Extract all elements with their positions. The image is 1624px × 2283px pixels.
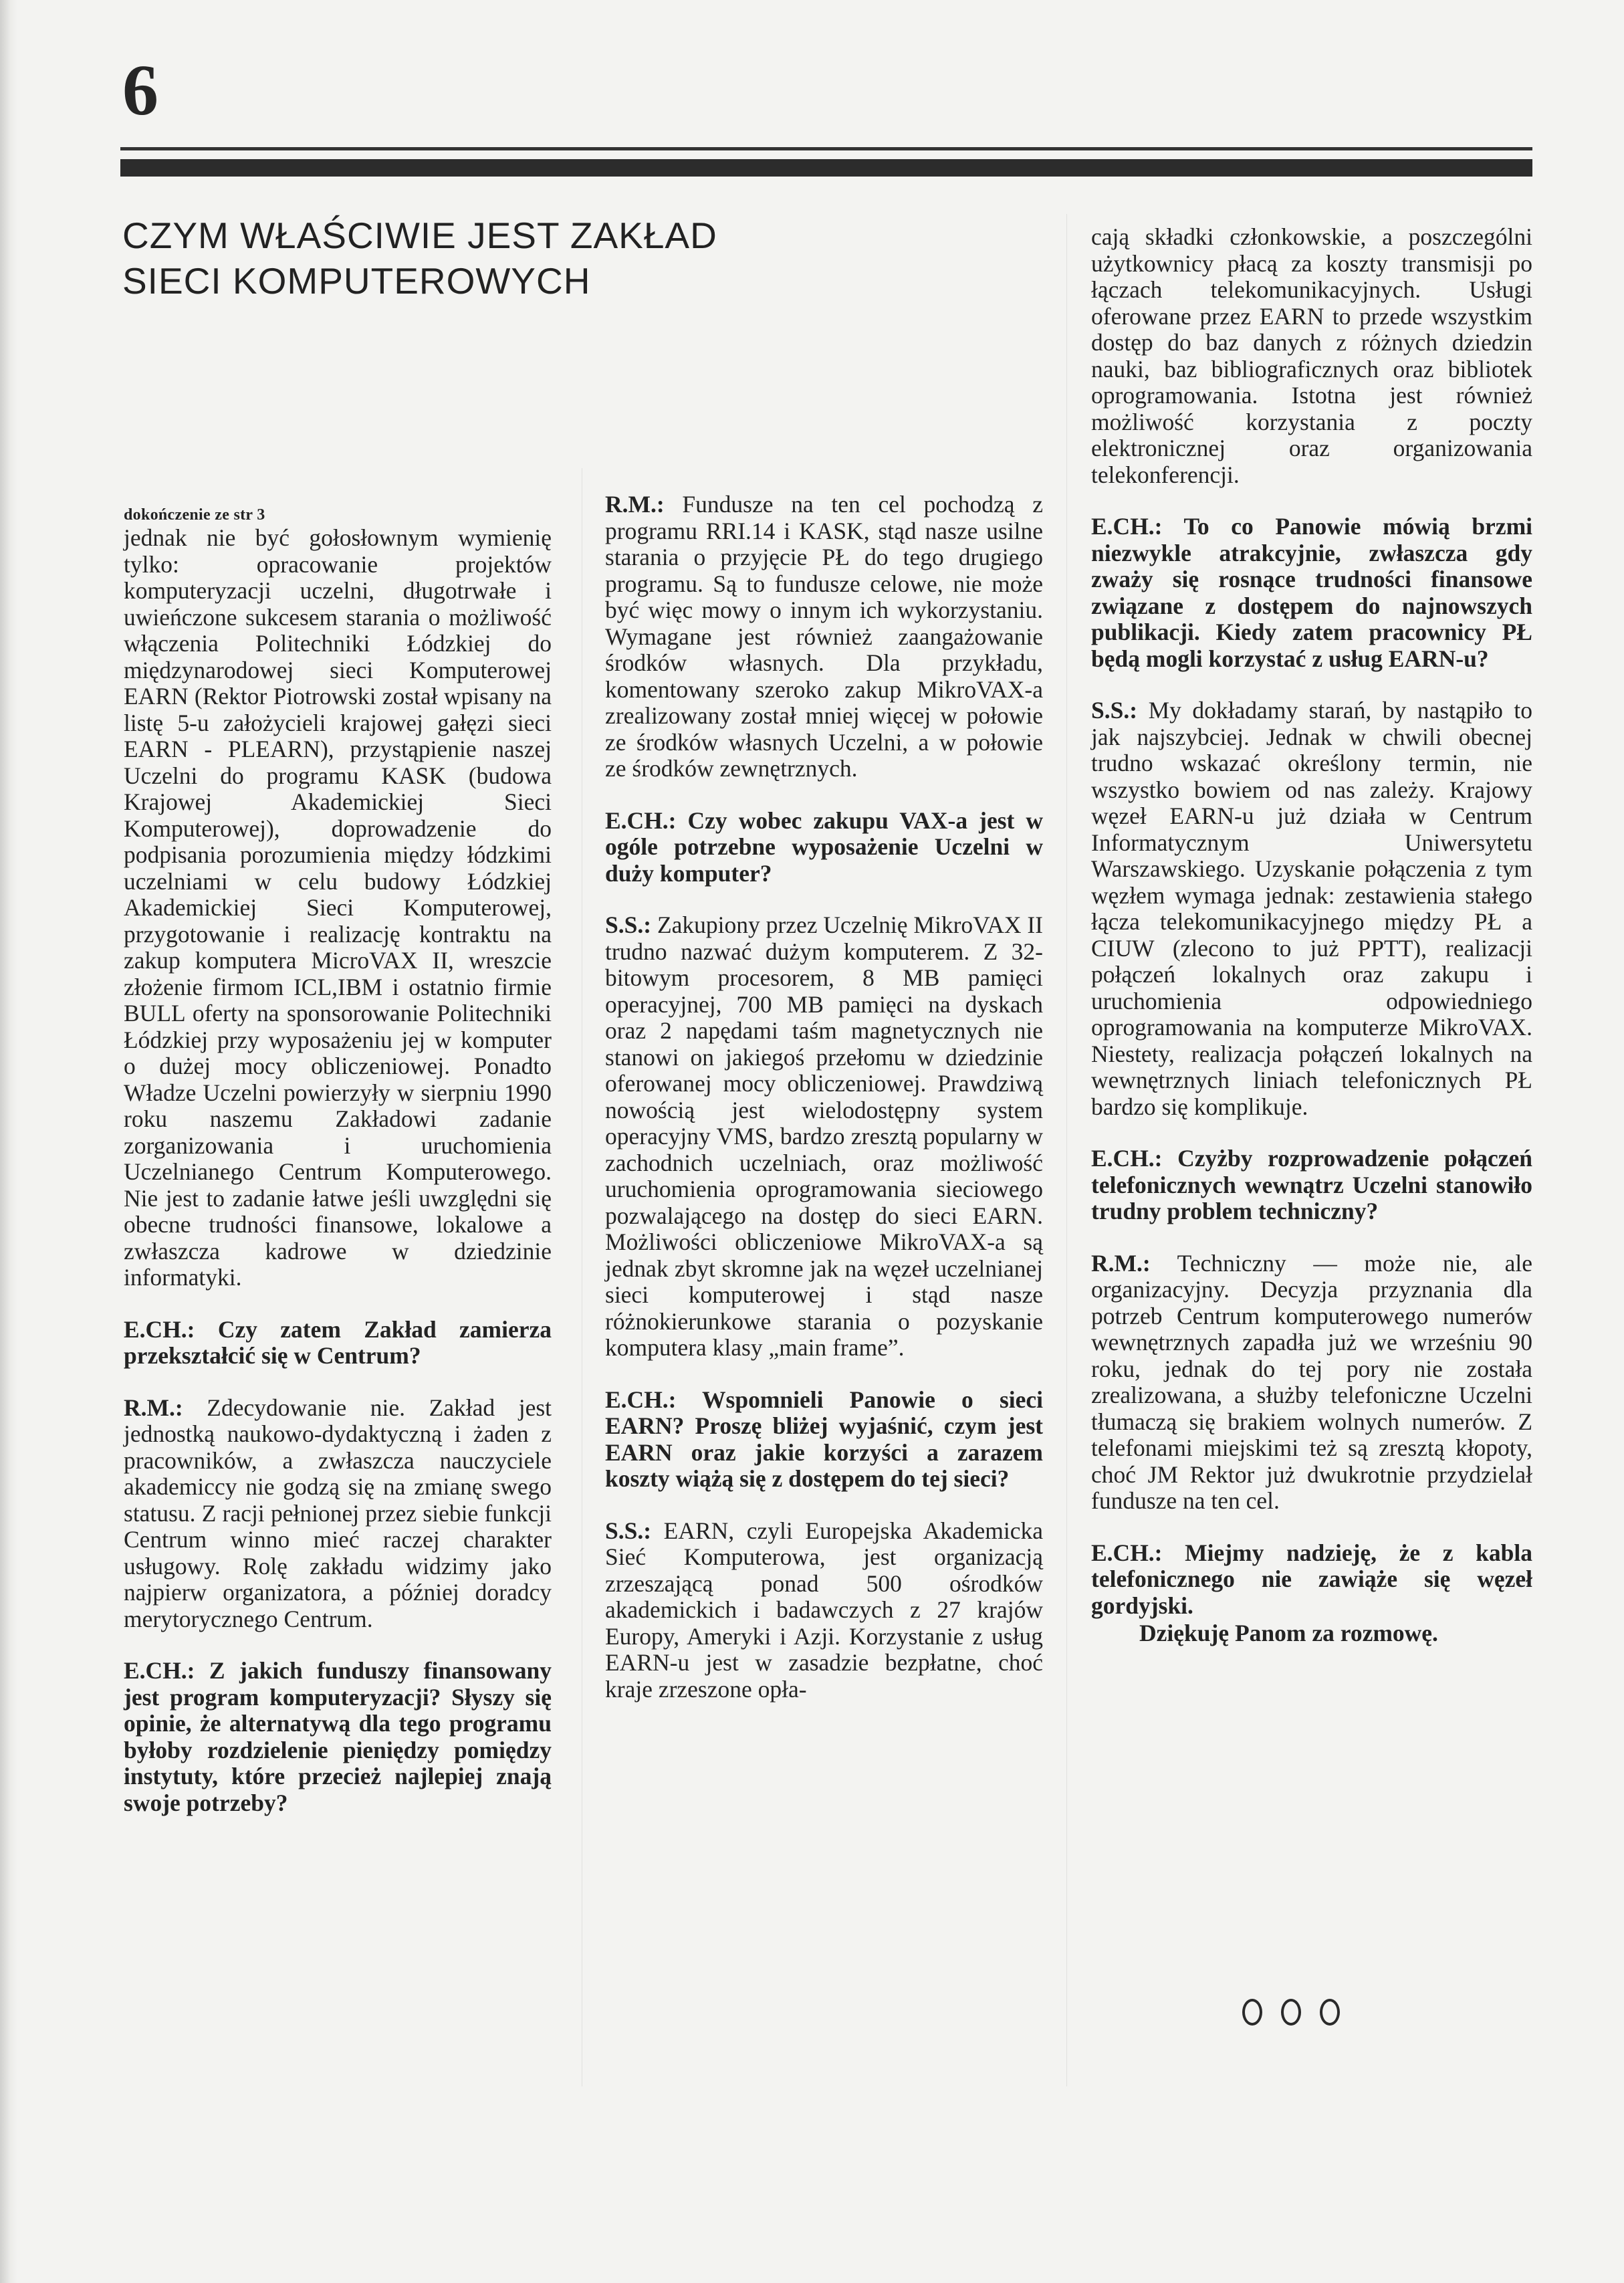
- interview-answer: R.M.: Fundusze na ten cel pochodzą z pro…: [605, 492, 1043, 782]
- header-rule-thin: [120, 147, 1532, 150]
- circle-icon: [1242, 1999, 1262, 2026]
- speaker-label: S.S.:: [1091, 697, 1137, 724]
- speaker-label: S.S.:: [605, 1517, 651, 1544]
- interview-question: E.CH.: Czy wobec zakupu VAX-a jest w ogó…: [605, 808, 1043, 887]
- continuation-note: dokończenie ze str 3: [124, 506, 552, 524]
- answer-text: Fundusze na ten cel pochodzą z programu …: [605, 491, 1043, 782]
- article-title-line-1: CZYM WŁAŚCIWIE JEST ZAKŁAD: [122, 215, 717, 256]
- speaker-label: E.CH.:: [124, 1657, 195, 1684]
- article-title: CZYM WŁAŚCIWIE JEST ZAKŁAD SIECI KOMPUTE…: [122, 213, 992, 304]
- interview-answer: S.S.: EARN, czyli Europejska Akademicka …: [605, 1518, 1043, 1703]
- interview-question: E.CH.: To co Panowie mówią brzmi niezwyk…: [1091, 514, 1532, 672]
- article-title-line-2: SIECI KOMPUTEROWYCH: [122, 260, 590, 302]
- body-paragraph: jednak nie być gołosłownym wymienię tylk…: [124, 525, 552, 1291]
- answer-text: Techniczny — może nie, ale organizacyjny…: [1091, 1250, 1532, 1515]
- page-number: 6: [122, 55, 158, 127]
- article-column-3: cają składki członkowskie, a poszczególn…: [1091, 224, 1532, 1672]
- header-rule-thick: [120, 159, 1532, 177]
- closing-thanks: Dziękuję Panom za rozmowę.: [1091, 1620, 1532, 1647]
- column-2-body: R.M.: Fundusze na ten cel pochodzą z pro…: [605, 492, 1043, 1703]
- circle-icon: [1320, 1999, 1340, 2026]
- article-column-1: dokończenie ze str 3 jednak nie być goło…: [124, 506, 552, 1842]
- speaker-label: E.CH.:: [1091, 1539, 1163, 1566]
- interview-answer: S.S.: Zakupiony przez Uczelnię MikroVAX …: [605, 912, 1043, 1362]
- column-3-body: cają składki członkowskie, a poszczególn…: [1091, 224, 1532, 1647]
- speaker-label: E.CH.:: [605, 1386, 677, 1413]
- interview-question: E.CH.: Z jakich funduszy finansowany jes…: [124, 1658, 552, 1816]
- scan-page-edge: [0, 0, 17, 2283]
- speaker-label: R.M.:: [1091, 1250, 1151, 1277]
- speaker-label: E.CH.:: [1091, 513, 1163, 540]
- interview-answer: R.M.: Zdecydowanie nie. Zakład jest jedn…: [124, 1395, 552, 1633]
- answer-text: Zakupiony przez Uczelnię MikroVAX II tru…: [605, 911, 1043, 1361]
- body-paragraph: cają składki członkowskie, a poszczególn…: [1091, 224, 1532, 488]
- article-column-2: R.M.: Fundusze na ten cel pochodzą z pro…: [605, 492, 1043, 1728]
- column-1-body: jednak nie być gołosłownym wymienię tylk…: [124, 525, 552, 1816]
- answer-text: Zdecydowanie nie. Zakład jest jednostką …: [124, 1394, 552, 1632]
- interview-answer: S.S.: My dokładamy starań, by nastąpiło …: [1091, 697, 1532, 1120]
- end-of-article-mark: [1242, 1999, 1340, 2026]
- speaker-label: S.S.:: [605, 911, 651, 938]
- column-divider: [582, 468, 582, 2086]
- speaker-label: E.CH.:: [1091, 1145, 1163, 1172]
- interview-question: E.CH.: Czy zatem Zakład zamierza przeksz…: [124, 1317, 552, 1370]
- interview-question: E.CH.: Miejmy nadzieję, że z kabla telef…: [1091, 1540, 1532, 1620]
- circle-icon: [1281, 1999, 1301, 2026]
- speaker-label: E.CH.:: [124, 1316, 195, 1343]
- answer-text: EARN, czyli Europejska Akademicka Sieć K…: [605, 1517, 1043, 1703]
- interview-answer: R.M.: Techniczny — może nie, ale organiz…: [1091, 1251, 1532, 1515]
- column-divider: [1066, 214, 1067, 2086]
- answer-text: My dokładamy starań, by nastąpiło to jak…: [1091, 697, 1532, 1120]
- interview-question: E.CH.: Wspomnieli Panowie o sieci EARN? …: [605, 1387, 1043, 1493]
- speaker-label: E.CH.:: [605, 807, 677, 834]
- speaker-label: R.M.:: [124, 1394, 183, 1421]
- speaker-label: R.M.:: [605, 491, 665, 518]
- interview-question: E.CH.: Czyżby rozprowadzenie połączeń te…: [1091, 1146, 1532, 1225]
